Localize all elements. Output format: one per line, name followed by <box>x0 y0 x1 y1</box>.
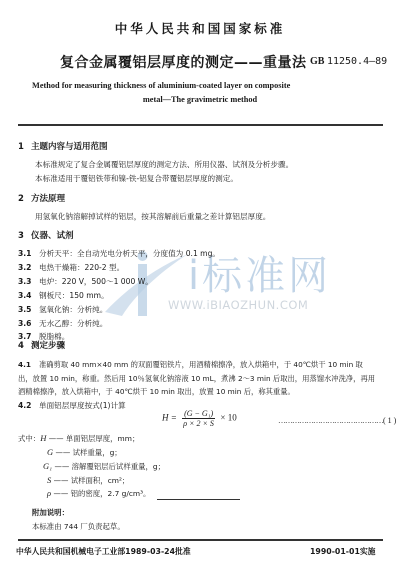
formula-lhs: H = <box>162 413 177 423</box>
additional-notes-text: 本标准由 744 厂负责起草。 <box>32 521 125 532</box>
item-3-6: 3.6无水乙醇：分析纯。 <box>18 318 107 329</box>
item-3-2: 3.2电热干燥箱：220-2 型。 <box>18 262 124 273</box>
standard-code-prefix: GB <box>310 56 324 67</box>
formula-numerator: (G − G₁) <box>182 409 215 419</box>
section-3-heading: 3仪器、试剂 <box>18 229 74 241</box>
section-4-heading: 4测定步骤 <box>18 339 65 351</box>
section-2-paragraph: 用氢氧化钠溶解掉试样的铝层，按其溶解前后重量之差计算铝层厚度。 <box>35 211 270 222</box>
header-divider <box>18 124 383 126</box>
item-4-1-line-2: 出，放置 10 min，称重。然后用 10％氢氧化钠溶液 10 mL，煮沸 2～… <box>18 374 375 384</box>
approval-info: 中华人民共和国机械电子工业部1989-03-24批准 <box>16 546 191 557</box>
variable-S: S —— 试样面积，cm²； <box>47 475 129 486</box>
variable-H: 式中：H —— 单面铝层厚度，mm； <box>18 433 139 444</box>
formula-1: H = (G − G₁) ρ × 2 × S × 10 <box>162 409 237 428</box>
equation-number: ( 1 ) <box>383 416 396 425</box>
standard-code-number: 11250.4—89 <box>327 56 387 67</box>
document-title: 复合金属覆铝层厚度的测定——重量法 <box>60 52 307 72</box>
section-1-heading: 1主题内容与适用范围 <box>18 140 108 152</box>
standard-code: GB 11250.4—89 <box>310 56 387 67</box>
section-2-heading: 2方法原理 <box>18 192 65 204</box>
variable-G: G —— 试样重量，g； <box>47 447 122 458</box>
formula-multiplier: × 10 <box>220 413 236 423</box>
formula-denominator: ρ × 2 × S <box>182 419 215 428</box>
item-4-2: 4.2单面铝层厚度按式(1)计算 <box>18 400 126 411</box>
equation-leader: ……………………………………… <box>278 416 383 425</box>
variable-G1: G₁ —— 溶解覆铝层后试样重量，g； <box>43 461 165 472</box>
item-3-5: 3.5氢氧化钠：分析纯。 <box>18 304 107 315</box>
section-1-paragraph-1: 本标准规定了复合金属覆铝层厚度的测定方法、所用仪器、试剂及分析步骤。 <box>35 159 293 170</box>
formula-fraction: (G − G₁) ρ × 2 × S <box>182 409 215 428</box>
item-3-4: 3.4钢板尺：150 mm。 <box>18 290 109 301</box>
item-4-1-line-3: 酒精棉擦净，放入烘箱中，于 40℃烘干 10 min 取出，放置 10 min … <box>18 387 295 397</box>
english-title-line-1: Method for measuring thickness of alumin… <box>32 81 290 90</box>
footer-divider <box>18 539 383 541</box>
additional-notes-heading: 附加说明： <box>32 507 69 518</box>
variable-rho: ρ —— 铝的密度，2.7 g/cm³。 <box>47 488 150 499</box>
equation-reference: ………………………………………( 1 ) <box>278 416 396 425</box>
english-title-line-2: metal—The gravimetric method <box>0 95 400 104</box>
item-3-3: 3.3电炉：220 V，500～1 000 W。 <box>18 276 153 287</box>
section-1-paragraph-2: 本标准适用于覆铝铁带和镍-铁-铝复合带覆铝层厚度的测定。 <box>35 173 238 184</box>
organization-header: 中华人民共和国国家标准 <box>0 19 400 37</box>
watermark-url: WWW.iBIAOZHUN.COM <box>168 298 308 312</box>
item-4-1-line-1: 4.1准确剪取 40 mm×40 mm 的双面覆铝铁片，用酒精棉擦净，放入烘箱中… <box>18 360 363 370</box>
implementation-date: 1990-01-01实施 <box>310 546 375 557</box>
item-3-1: 3.1分析天平：全自动光电分析天平，分度值为 0.1 mg。 <box>18 248 220 259</box>
end-divider <box>157 499 240 500</box>
